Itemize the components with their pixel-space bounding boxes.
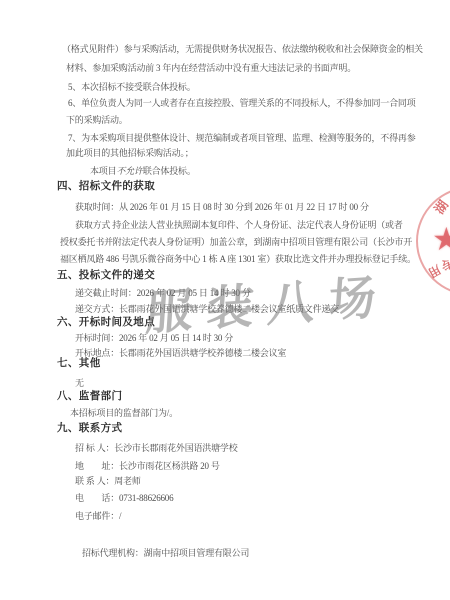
doc-line-obtain-method: 获取方式 持企业法人营业执照副本复印件、个人身份证、法定代表人身份证明（或者 (75, 219, 403, 231)
doc-line-obtain-time: 获取时间：从 2026 年 01 月 15 日 08 时 30 分到 2026 … (75, 201, 369, 213)
document-page: （格式见附件）参与采购活动，无需提供财务状况报告、依法缴纳税收和社会保障资金的相… (0, 0, 450, 600)
heading-section-5-bid-submission: 五、投标文件的递交 (57, 270, 155, 282)
heading-section-7-other: 七、其他 (57, 358, 101, 370)
doc-line-no-consortium: 本项目不允许联合体投标。 (90, 165, 196, 177)
doc-line-qualification-note-2: 材料、参加采购活动前 3 年内在经营活动中没有重大违法记录的书面声明。 (66, 62, 356, 74)
seal-arc-character: 湖 (429, 196, 450, 218)
text-prefix: 本项目 (90, 166, 116, 176)
doc-line-other-none: 无 (75, 377, 84, 389)
doc-line-agency: 招标代理机构：湖南中招项目管理有限公司 (82, 547, 249, 559)
seal-star-icon: ★ (432, 220, 450, 258)
doc-line-item-7: 7、为本采购项目提供整体设计、规范编制或者项目管理、监理、检测等服务的，不得再参 (68, 132, 416, 144)
watermark-text: 服装八场 (144, 259, 392, 344)
doc-line-item-6-cont: 下的采购活动。 (66, 114, 128, 126)
doc-line-address: 地 址：长沙市雨花区杨洪路 20 号 (75, 460, 220, 472)
doc-line-phone: 电 话：0731-88626606 (75, 492, 173, 504)
red-seal: 湖 ★ 专用 (416, 186, 450, 296)
doc-line-email: 电子邮件：/ (75, 510, 121, 522)
text-italic: 不允许 (116, 166, 142, 176)
heading-section-6-bid-opening: 六、开标时间及地点 (57, 317, 155, 329)
doc-line-contact-person: 联 系 人：周老师 (75, 475, 141, 487)
heading-section-9-contact: 九、联系方式 (57, 423, 122, 435)
heading-section-8-supervision: 八、监督部门 (57, 391, 122, 403)
doc-line-item-7-cont: 加此项目的其他招标采购活动。； (66, 147, 194, 159)
doc-line-opening-place: 开标地点：长郡雨花外国语洪塘学校养德楼二楼会议室 (75, 347, 286, 359)
doc-line-obtain-method-2: 授权委托书并附法定代表人身份证明）加盖公章，到湖南中招项目管理有限公司（长沙市开 (60, 236, 412, 248)
text-suffix: 联合体投标。 (143, 166, 196, 176)
doc-line-supervision-dept: 本招标项目的监督部门为/。 (70, 407, 178, 419)
doc-line-item-5: 5、本次招标不接受联合体投标。 (68, 81, 196, 93)
seal-bottom-characters: 专用 (424, 254, 450, 283)
heading-section-4-obtain-documents: 四、招标文件的获取 (57, 181, 155, 193)
doc-line-qualification-note: （格式见附件）参与采购活动，无需提供财务状况报告、依法缴纳税收和社会保障资金的相… (62, 43, 423, 55)
doc-line-item-6: 6、单位负责人为同一人或者存在直接控股、管理关系的不同投标人，不得参加同一合同项 (68, 97, 416, 109)
doc-line-tenderer: 招 标 人：长沙市长郡雨花外国语洪塘学校 (75, 442, 238, 454)
